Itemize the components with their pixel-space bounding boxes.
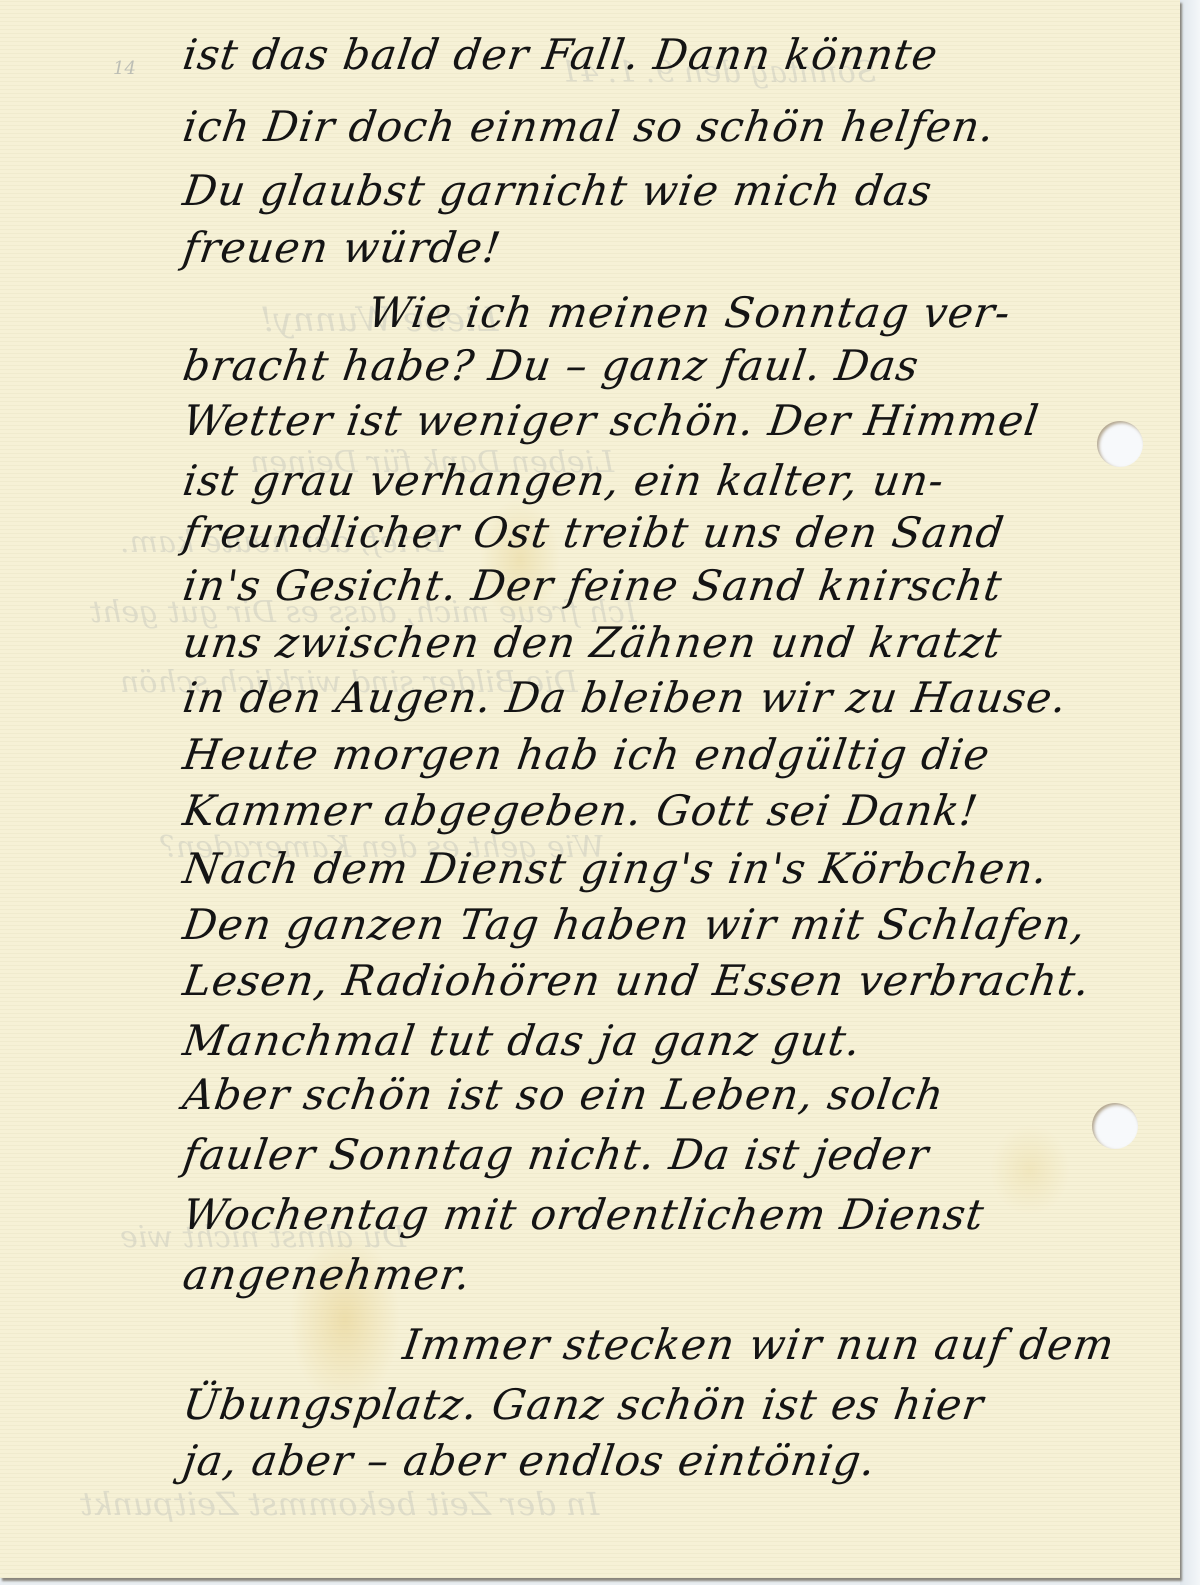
letter-line: Immer stecken wir nun auf dem <box>400 1320 1118 1369</box>
letter-line: Lesen, Radiohören und Essen verbracht. <box>180 956 1094 1005</box>
letter-line: ja, aber – aber endlos eintönig. <box>180 1436 879 1485</box>
letter-line: in den Augen. Da bleiben wir zu Hause. <box>180 673 1070 722</box>
scanner-background-edge <box>1180 0 1200 1585</box>
letter-line: ist das bald der Fall. Dann könnte <box>180 30 941 79</box>
letter-line: Nach dem Dienst ging's in's Körbchen. <box>180 844 1051 893</box>
letter-sheet: Sonntag den 9. 1. 41 Liebe Wunny! Lieben… <box>0 0 1180 1578</box>
letter-line: Manchmal tut das ja ganz gut. <box>180 1016 864 1065</box>
letter-line: Heute morgen hab ich endgültig die <box>180 730 993 779</box>
letter-line: freuen würde! <box>180 223 504 272</box>
letter-line: Wie ich meinen Sonntag ver- <box>365 288 1014 337</box>
letter-line: Den ganzen Tag haben wir mit Schlafen, <box>180 900 1089 949</box>
letter-line: freundlicher Ost treibt uns den Sand <box>180 508 1008 557</box>
letter-line: angenehmer. <box>180 1250 474 1299</box>
letter-line: ist grau verhangen, ein kalter, un- <box>180 456 948 505</box>
letter-line: Wochentag mit ordentlichem Dienst <box>180 1190 988 1239</box>
letter-line: Du glaubst garnicht wie mich das <box>180 166 936 215</box>
letter-line: in's Gesicht. Der feine Sand knirscht <box>180 561 1006 610</box>
letter-line: Aber schön ist so ein Leben, solch <box>180 1070 947 1119</box>
letter-line: Kammer abgegeben. Gott sei Dank! <box>180 786 981 835</box>
faint-page-number: 14 <box>113 58 136 79</box>
letter-line: fauler Sonntag nicht. Da ist jeder <box>180 1130 932 1179</box>
punch-hole-top <box>1097 421 1143 467</box>
letter-line: Übungsplatz. Ganz schön ist es hier <box>180 1380 987 1429</box>
letter-line: uns zwischen den Zähnen und kratzt <box>180 618 1005 667</box>
letter-line: bracht habe? Du – ganz faul. Das <box>180 341 922 390</box>
punch-hole-bottom <box>1092 1103 1138 1149</box>
letter-line: ich Dir doch einmal so schön helfen. <box>180 102 998 151</box>
bleed-line: In der Zeit bekommst Zeitpunkt <box>80 1485 599 1523</box>
letter-line: Wetter ist weniger schön. Der Himmel <box>180 396 1042 445</box>
